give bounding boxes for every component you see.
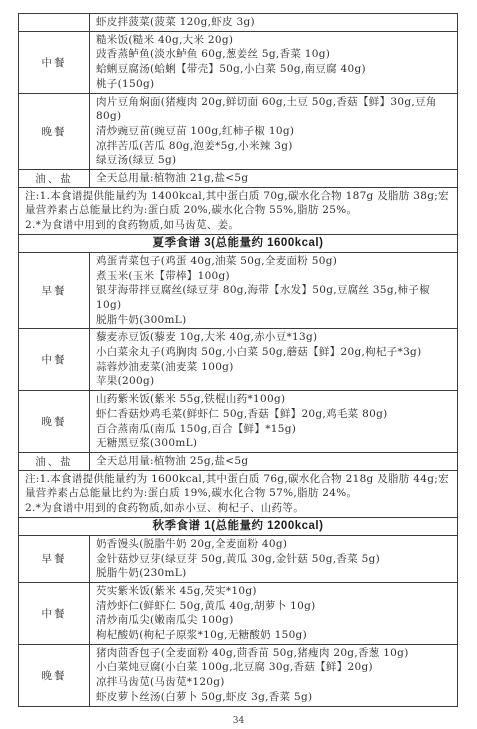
meal-row: 晚餐 猪肉茴香包子(全麦面粉 40g,茴香苗 50g,猪瘦肉 20g,香葱 10… (19, 644, 457, 706)
document-page: 虾皮拌菠菜(菠菜 120g,虾皮 3g) 中餐 糙米饭(糙米 40g,大米 20… (0, 0, 477, 729)
dish-line: 脱脂牛奶(300mL) (96, 313, 452, 328)
meal-plan-table: 虾皮拌菠菜(菠菜 120g,虾皮 3g) 中餐 糙米饭(糙米 40g,大米 20… (18, 13, 458, 707)
meal-label: 油、盐 (19, 170, 90, 187)
meal-row: 中餐 糙米饭(糙米 40g,大米 20g) 豉香蒸鲈鱼(淡水鲈鱼 60g,葱姜丝… (19, 31, 457, 93)
meal-label: 早餐 (19, 536, 90, 582)
dish-list: 糙米饭(糙米 40g,大米 20g) 豉香蒸鲈鱼(淡水鲈鱼 60g,葱姜丝 5g… (90, 32, 457, 93)
dish-list: 山药紫米饭(紫米 55g,铁棍山药*100g) 虾仁香菇炒鸡毛菜(鲜虾仁 50g… (90, 391, 457, 452)
dish-line: 凉拌马齿苋(马齿苋*120g) (96, 675, 452, 690)
meal-label: 早餐 (19, 253, 90, 329)
dish-list: 肉片豆角焖面(猪瘦肉 20g,鲜切面 60g,土豆 50g,香菇【鲜】30g,豆… (90, 94, 457, 170)
dish-list: 猪肉茴香包子(全麦面粉 40g,茴香苗 50g,猪瘦肉 20g,香葱 10g) … (90, 645, 457, 706)
dish-line: 苹果(200g) (96, 374, 452, 389)
meal-row: 虾皮拌菠菜(菠菜 120g,虾皮 3g) (19, 14, 457, 31)
dish-line: 蒜蓉炒油麦菜(油麦菜 100g) (96, 360, 452, 375)
dish-line: 无糖黑豆浆(300mL) (96, 436, 452, 451)
dish-line: 蛤蜊豆腐汤(蛤蜊【带壳】50g,小白菜 50g,南豆腐 40g) (96, 62, 452, 77)
dish-line: 凉拌苦瓜(苦瓜 80g,泡姜*5g,小米辣 3g) (96, 139, 452, 154)
note-row: 注:1.本食谱提供能量约为 1600kcal,其中蛋白质 76g,碳水化合物 2… (19, 470, 457, 517)
note-text: 注:1.本食谱提供能量约为 1400kcal,其中蛋白质 70g,碳水化合物 1… (25, 189, 452, 218)
dish-line: 小白菜汆丸子(鸡胸肉 50g,小白菜 50g,蘑菇【鲜】20g,枸杞子*3g) (96, 345, 452, 360)
recipe-header: 夏季食谱 3(总能量约 1600kcal) (19, 234, 457, 252)
note-text: 2.*为食谱中用到的食药物质,如马齿苋、姜。 (25, 218, 452, 233)
oil-salt-row: 油、盐 全天总用量:植物油 25g,盐<5g (19, 452, 457, 470)
dish-list: 芡实紫米饭(紫米 45g,芡实*10g) 清炒虾仁(鲜虾仁 50g,黄瓜 40g… (90, 583, 457, 644)
meal-label: 晚餐 (19, 391, 90, 452)
meal-label: 中餐 (19, 583, 90, 644)
dish-line: 全天总用量:植物油 25g,盐<5g (96, 454, 452, 469)
meal-row: 早餐 鸡蛋青菜包子(鸡蛋 40g,油菜 50g,全麦面粉 50g) 煮玉米(玉米… (19, 252, 457, 329)
dish-line: 桃子(150g) (96, 77, 452, 92)
dish-line: 煮玉米(玉米【带棒】100g) (96, 269, 452, 284)
dish-line: 清炒豌豆苗(豌豆苗 100g,红柿子椒 10g) (96, 124, 452, 139)
dish-line: 清炒虾仁(鲜虾仁 50g,黄瓜 40g,胡萝卜 10g) (96, 599, 452, 614)
dish-line: 清炒南瓜尖(嫩南瓜尖 100g) (96, 613, 452, 628)
dish-line: 猪肉茴香包子(全麦面粉 40g,茴香苗 50g,猪瘦肉 20g,香葱 10g) (96, 646, 452, 661)
dish-list: 藜麦赤豆饭(藜麦 10g,大米 40g,赤小豆*13g) 小白菜汆丸子(鸡胸肉 … (90, 329, 457, 390)
meal-label: 晚餐 (19, 645, 90, 706)
meal-label: 中餐 (19, 32, 90, 93)
dish-line: 全天总用量:植物油 21g,盐<5g (96, 171, 452, 186)
dish-list: 鸡蛋青菜包子(鸡蛋 40g,油菜 50g,全麦面粉 50g) 煮玉米(玉米【带棒… (90, 253, 457, 329)
meal-label: 中餐 (19, 329, 90, 390)
note-text: 2.*为食谱中用到的食药物质,如赤小豆、枸杞子、山药等。 (25, 501, 452, 516)
dish-list: 虾皮拌菠菜(菠菜 120g,虾皮 3g) (90, 14, 457, 31)
dish-line: 糙米饭(糙米 40g,大米 20g) (96, 33, 452, 48)
meal-row: 中餐 芡实紫米饭(紫米 45g,芡实*10g) 清炒虾仁(鲜虾仁 50g,黄瓜 … (19, 582, 457, 644)
dish-line: 银芽海带拌豆腐丝(绿豆芽 80g,海带【水发】50g,豆腐丝 35g,柿子椒 1… (96, 283, 452, 312)
dish-line: 肉片豆角焖面(猪瘦肉 20g,鲜切面 60g,土豆 50g,香菇【鲜】30g,豆… (96, 95, 452, 124)
dish-list: 全天总用量:植物油 21g,盐<5g (90, 170, 457, 187)
dish-line: 藜麦赤豆饭(藜麦 10g,大米 40g,赤小豆*13g) (96, 330, 452, 345)
dish-list: 奶香馒头(脱脂牛奶 20g,全麦面粉 40g) 金针菇炒豆芽(绿豆芽 50g,黄… (90, 536, 457, 582)
note-text: 注:1.本食谱提供能量约为 1600kcal,其中蛋白质 76g,碳水化合物 2… (25, 472, 452, 501)
note-row: 注:1.本食谱提供能量约为 1400kcal,其中蛋白质 70g,碳水化合物 1… (19, 187, 457, 234)
dish-line: 豉香蒸鲈鱼(淡水鲈鱼 60g,葱姜丝 5g,香菜 10g) (96, 47, 452, 62)
dish-line: 芡实紫米饭(紫米 45g,芡实*10g) (96, 584, 452, 599)
recipe-header: 秋季食谱 1(总能量约 1200kcal) (19, 517, 457, 535)
dish-line: 鸡蛋青菜包子(鸡蛋 40g,油菜 50g,全麦面粉 50g) (96, 254, 452, 269)
dish-line: 百合蒸南瓜(南瓜 150g,百合【鲜】*15g) (96, 422, 452, 437)
oil-salt-row: 油、盐 全天总用量:植物油 21g,盐<5g (19, 169, 457, 187)
dish-list: 全天总用量:植物油 25g,盐<5g (90, 453, 457, 470)
dish-line: 脱脂牛奶(230mL) (96, 566, 452, 581)
page-number: 34 (0, 716, 477, 726)
dish-line: 小白菜炖豆腐(小白菜 100g,北豆腐 30g,香菇【鲜】20g) (96, 660, 452, 675)
dish-line: 枸杞酸奶(枸杞子原浆*10g,无糖酸奶 150g) (96, 628, 452, 643)
dish-line: 虾皮拌菠菜(菠菜 120g,虾皮 3g) (96, 15, 452, 30)
meal-row: 晚餐 山药紫米饭(紫米 55g,铁棍山药*100g) 虾仁香菇炒鸡毛菜(鲜虾仁 … (19, 390, 457, 452)
dish-line: 奶香馒头(脱脂牛奶 20g,全麦面粉 40g) (96, 537, 452, 552)
meal-label (19, 14, 90, 31)
meal-row: 晚餐 肉片豆角焖面(猪瘦肉 20g,鲜切面 60g,土豆 50g,香菇【鲜】30… (19, 93, 457, 170)
meal-label: 晚餐 (19, 94, 90, 170)
dish-line: 虾皮萝卜丝汤(白萝卜 50g,虾皮 3g,香菜 5g) (96, 690, 452, 705)
dish-line: 金针菇炒豆芽(绿豆芽 50g,黄瓜 30g,金针菇 50g,香菜 5g) (96, 552, 452, 567)
dish-line: 山药紫米饭(紫米 55g,铁棍山药*100g) (96, 392, 452, 407)
dish-line: 绿豆汤(绿豆 5g) (96, 153, 452, 168)
meal-label: 油、盐 (19, 453, 90, 470)
dish-line: 虾仁香菇炒鸡毛菜(鲜虾仁 50g,香菇【鲜】20g,鸡毛菜 80g) (96, 407, 452, 422)
meal-row: 早餐 奶香馒头(脱脂牛奶 20g,全麦面粉 40g) 金针菇炒豆芽(绿豆芽 50… (19, 535, 457, 582)
meal-row: 中餐 藜麦赤豆饭(藜麦 10g,大米 40g,赤小豆*13g) 小白菜汆丸子(鸡… (19, 328, 457, 390)
